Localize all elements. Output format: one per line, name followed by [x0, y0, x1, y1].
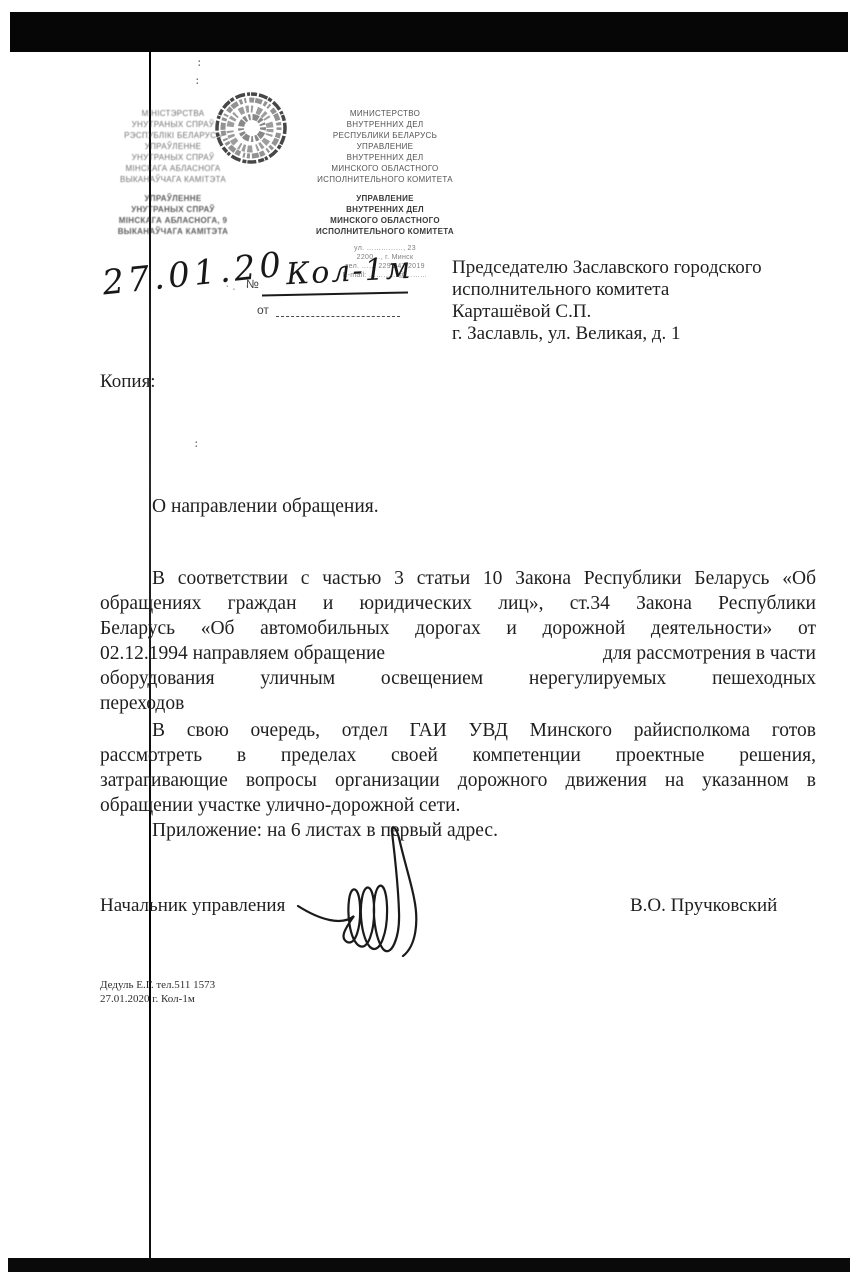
letterhead-line: УПРАЎЛЕННЕ — [106, 141, 240, 152]
body-line: переходов — [100, 691, 816, 716]
from-underline — [276, 316, 400, 317]
letterhead-line: УПРАЎЛЕННЕ — [106, 193, 240, 204]
body-line-with-redacted-gap: 02.12.1994 направляем обращение для расс… — [100, 641, 816, 666]
copy-label: Копия: — [100, 371, 156, 393]
executor-footer: Дедуль Е.Г. тел.511 1573 27.01.2020 г. К… — [100, 978, 215, 1006]
letterhead-line: УНУТРАНЫХ СПРАЎ — [106, 119, 240, 130]
body-line-left: 02.12.1994 направляем обращение — [100, 641, 385, 666]
signer-name: В.О. Пручковский — [630, 895, 777, 917]
recipient-line: Председателю Заславского городского — [452, 257, 812, 279]
attachment-line: Приложение: на 6 листах в первый адрес. — [100, 818, 816, 843]
handwritten-date: 27.01.20 — [100, 245, 287, 304]
letterhead-line: ВЫКАНАЎЧАГА КАМІТЭТА — [106, 174, 240, 185]
scan-speck: : — [196, 56, 203, 69]
number-label: № — [246, 277, 259, 291]
body-line: оборудования уличным освещением нерегули… — [100, 666, 816, 691]
letterhead-line: УНУТРАНЫХ СПРАЎ — [106, 204, 240, 215]
handwritten-signature — [292, 824, 452, 974]
handwritten-outgoing-number: Кол-1м — [285, 251, 413, 293]
recipient-line: Карташёвой С.П. — [452, 301, 812, 323]
body-line: Беларусь «Об автомобильных дорогах и дор… — [100, 616, 816, 641]
subject-line: О направлении обращения. — [152, 496, 379, 518]
body-line: обращениях граждан и юридических лиц», с… — [100, 591, 816, 616]
letterhead-line: МІНСКАГА АБЛАСНОГА, 9 — [106, 215, 240, 226]
recipient-line: исполнительного комитета — [452, 279, 812, 301]
letterhead-line: ВНУТРЕННИХ ДЕЛ — [293, 119, 477, 130]
body-line: рассмотреть в пределах своей компетенции… — [100, 743, 816, 768]
body-line-right: для рассмотрения в части — [603, 641, 816, 666]
letterhead-line: ВНУТРЕННИХ ДЕЛ — [293, 152, 477, 163]
from-label: от — [257, 303, 269, 317]
recipient-block: Председателю Заславского городского испо… — [452, 257, 812, 345]
number-underline — [262, 291, 408, 296]
letterhead-line: ВЫКАНАЎЧАГА КАМІТЭТА — [106, 226, 240, 237]
executor-date-ref: 27.01.2020 г. Кол-1м — [100, 992, 215, 1006]
letterhead-line: РЕСПУБЛИКИ БЕЛАРУСЬ — [293, 130, 477, 141]
letterhead-line: МІНІСТЭРСТВА — [106, 108, 240, 119]
letterhead-line: РЭСПУБЛІКІ БЕЛАРУСЬ — [106, 130, 240, 141]
recipient-line: г. Заславль, ул. Великая, д. 1 — [452, 323, 812, 345]
letterhead-line: ВНУТРЕННИХ ДЕЛ — [293, 204, 477, 215]
scan-speck: : — [194, 74, 201, 87]
letterhead-line: ИСПОЛНИТЕЛЬНОГО КОМИТЕТА — [293, 226, 477, 237]
letterhead-left-column: МІНІСТЭРСТВА УНУТРАНЫХ СПРАЎ РЭСПУБЛІКІ … — [106, 108, 240, 237]
letterhead-line: МИНСКОГО ОБЛАСТНОГО — [293, 163, 477, 174]
body-line: В свою очередь, отдел ГАИ УВД Минского р… — [100, 718, 816, 743]
letterhead-org-name: УПРАВЛЕНИЕ ВНУТРЕННИХ ДЕЛ МИНСКОГО ОБЛАС… — [293, 193, 477, 237]
letterhead-line: МИНСКОГО ОБЛАСТНОГО — [293, 215, 477, 226]
body-line: затрагивающие вопросы организации дорожн… — [100, 768, 816, 793]
letterhead-line: МИНИСТЕРСТВО — [293, 108, 477, 119]
letterhead-line: ИСПОЛНИТЕЛЬНОГО КОМИТЕТА — [293, 174, 477, 185]
body-line: В соответствии с частью 3 статьи 10 Зако… — [100, 566, 816, 591]
signer-position: Начальник управления — [100, 895, 285, 917]
body-paragraph-1: В соответствии с частью 3 статьи 10 Зако… — [100, 566, 816, 716]
scan-artifact-top-bar — [10, 12, 848, 52]
executor-name-phone: Дедуль Е.Г. тел.511 1573 — [100, 978, 215, 992]
scanned-letter-page: : : : ·. · МІНІСТЭРСТВА УНУТРАНЫХ СПРАЎ … — [0, 0, 856, 1280]
body-paragraph-2: В свою очередь, отдел ГАИ УВД Минского р… — [100, 718, 816, 843]
letterhead-line: УПРАВЛЕНИЕ — [293, 141, 477, 152]
letterhead-line: УПРАВЛЕНИЕ — [293, 193, 477, 204]
scan-speck: : — [193, 437, 200, 450]
letterhead-line: УНУТРАНЫХ СПРАЎ — [106, 152, 240, 163]
scan-artifact-bottom-bar — [8, 1258, 850, 1272]
letterhead-line: МІНСКАГА АБЛАСНОГА — [106, 163, 240, 174]
letterhead-org-name: УПРАЎЛЕННЕ УНУТРАНЫХ СПРАЎ МІНСКАГА АБЛА… — [106, 193, 240, 237]
body-line: обращении участке улично-дорожной сети. — [100, 793, 816, 818]
